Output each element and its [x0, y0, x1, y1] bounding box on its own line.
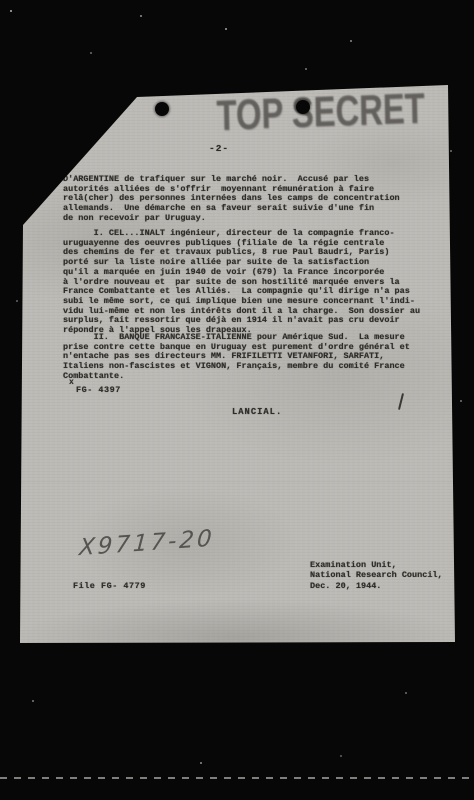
paragraph-item-one: I. CEL...INALT ingénieur, directeur de l…: [63, 229, 448, 336]
top-secret-stamp: TOP SECRET: [216, 80, 398, 146]
film-dust-specks: [10, 10, 12, 12]
page-number: -2-: [209, 143, 229, 154]
reference-number: FG- 4397: [76, 385, 121, 395]
paragraph-item-two: II. BANQUE FRANCAISE-ITALIENNE pour Amér…: [63, 333, 448, 382]
document-page: TOP SECRET -2- D'ARGENTINE de trafiquer …: [20, 85, 455, 643]
signature-name: LANCIAL.: [232, 407, 282, 417]
file-number: File FG- 4779: [73, 581, 146, 591]
hole-punch-left-icon: [155, 102, 169, 116]
film-frame-line: [0, 777, 474, 779]
handwritten-file-number: X9717-20: [78, 526, 215, 562]
reference-superscript-mark: x: [69, 378, 74, 387]
pen-check-mark: [398, 393, 404, 410]
hole-punch-right-icon: [296, 100, 310, 114]
scan-seam-line: [20, 480, 455, 482]
intro-paragraph: D'ARGENTINE de trafiquer sur le marché n…: [63, 175, 448, 224]
examination-unit-block: Examination Unit, National Research Coun…: [310, 560, 443, 591]
